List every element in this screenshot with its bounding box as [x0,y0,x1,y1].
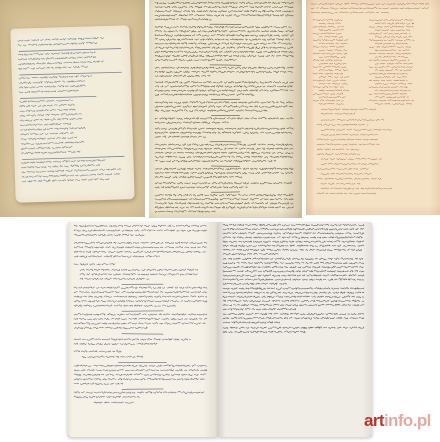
photo-manuscript-page-1 [149,0,302,218]
manuscript-collage: artinfo.pl [0,0,440,442]
poem-sheet-paper [10,25,134,203]
spread-left-handwriting [68,222,218,437]
photo-list-page [306,0,440,215]
list-page-handwriting [306,0,440,215]
photo-spread-left-page [68,222,218,437]
photo-poem-card [0,0,145,217]
spread-right-handwriting [218,222,372,437]
poem-handwriting [10,25,134,203]
watermark-prefix: art [364,411,384,430]
artinfo-watermark: artinfo.pl [364,412,431,430]
photo-spread-right-page [218,222,372,437]
watermark-suffix: info.pl [384,411,431,430]
manuscript-page-1-handwriting [149,0,302,218]
